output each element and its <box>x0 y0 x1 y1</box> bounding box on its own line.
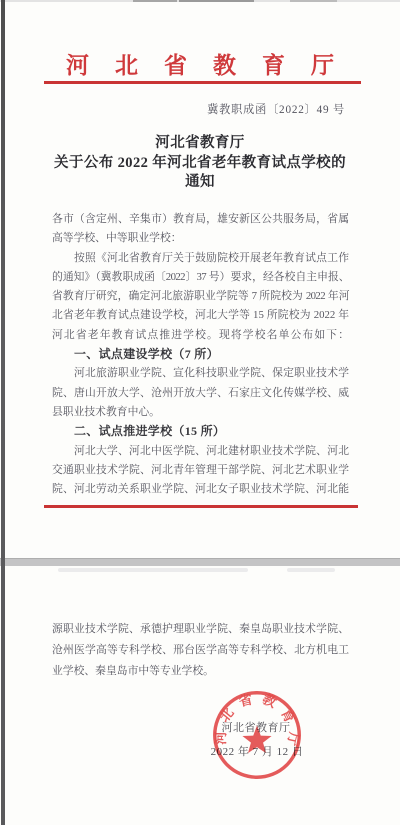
body-text-page-1: 各市（含定州、辛集市）教育局，雄安新区公共服务局，省属 高等学校、中等职业学校：… <box>52 210 349 499</box>
body-line: 县职业技术教育中心。 <box>52 403 349 422</box>
page-footer-rule <box>44 505 358 508</box>
body-line: 高等学校、中等职业学校： <box>52 229 349 248</box>
body-line: 省教育厅研究，确定河北旅游职业学院等 7 所院校为 2022 年河 <box>52 287 349 306</box>
body-line: 河北省老年教育试点推进学校。现将学校名单公布如下： <box>52 326 349 345</box>
scan-artifact <box>287 568 335 572</box>
body-line: 河北旅游职业学院、宣化科技职业学院、保定职业技术学 <box>52 364 349 383</box>
letterhead-divider-rule <box>44 81 361 84</box>
document-title: 河北省教育厅 关于公布 2022 年河北省老年教育试点学校的 通知 <box>0 134 400 193</box>
section-heading: 二、试点推进学校（15 所） <box>52 422 349 441</box>
scan-artifact <box>58 568 248 572</box>
scan-edge-top <box>0 0 400 2</box>
title-line: 通知 <box>0 173 400 193</box>
scan-edge-segment <box>179 0 254 2</box>
letterhead-text: 河北省教育厅 <box>66 53 360 78</box>
body-line: 北省老年教育试点建设学校，河北大学等 15 所院校为 2022 年 <box>52 306 349 325</box>
section-heading: 一、试点建设学校（7 所） <box>52 345 349 364</box>
scan-edge-left <box>1 0 5 825</box>
body-line: 按照《河北省教育厅关于鼓励院校开展老年教育试点工作 <box>52 249 349 268</box>
document-page-1: 河北省教育厅 冀教职成函〔2022〕49 号 河北省教育厅 关于公布 2022 … <box>0 0 400 558</box>
body-text-page-2: 源职业技术学院、承德护理职业学院、秦皇岛职业技术学院、 沧州医学高等专科学校、邢… <box>52 619 349 682</box>
scanned-official-document: 河北省教育厅 冀教职成函〔2022〕49 号 河北省教育厅 关于公布 2022 … <box>0 0 400 825</box>
body-line: 源职业技术学院、承德护理职业学院、秦皇岛职业技术学院、 <box>52 619 349 640</box>
body-line: 河北大学、河北中医学院、河北建材职业技术学院、河北 <box>52 442 349 461</box>
title-line: 河北省教育厅 <box>0 134 400 154</box>
body-line: 交通职业技术学院、河北青年管理干部学院、河北艺术职业学 <box>52 461 349 480</box>
body-line: 业学校、秦皇岛市中等专业学校。 <box>52 661 349 682</box>
document-number: 冀教职成函〔2022〕49 号 <box>207 101 345 117</box>
scan-edge-segment <box>133 0 177 2</box>
document-page-2 <box>0 566 400 825</box>
body-line: 各市（含定州、辛集市）教育局，雄安新区公共服务局，省属 <box>52 210 349 229</box>
letterhead-org-name: 河北省教育厅 <box>0 47 400 80</box>
body-line: 院、唐山开放大学、沧州开放大学、石家庄文化传媒学校、威 <box>52 384 349 403</box>
seal-star-icon <box>242 725 271 753</box>
title-line: 关于公布 2022 年河北省老年教育试点学校的 <box>0 154 400 174</box>
official-red-seal: 河北省教育厅 <box>209 687 305 783</box>
body-line: 的通知》（冀教职成函〔2022〕37 号）要求，经各校自主申报、 <box>52 268 349 287</box>
body-line: 沧州医学高等专科学校、邢台医学高等专科学校、北方机电工 <box>52 640 349 661</box>
body-line: 院、河北劳动关系职业学院、河北女子职业技术学院、河北能 <box>52 480 349 499</box>
scan-edge-segment <box>290 0 337 2</box>
page-separator <box>0 558 400 566</box>
